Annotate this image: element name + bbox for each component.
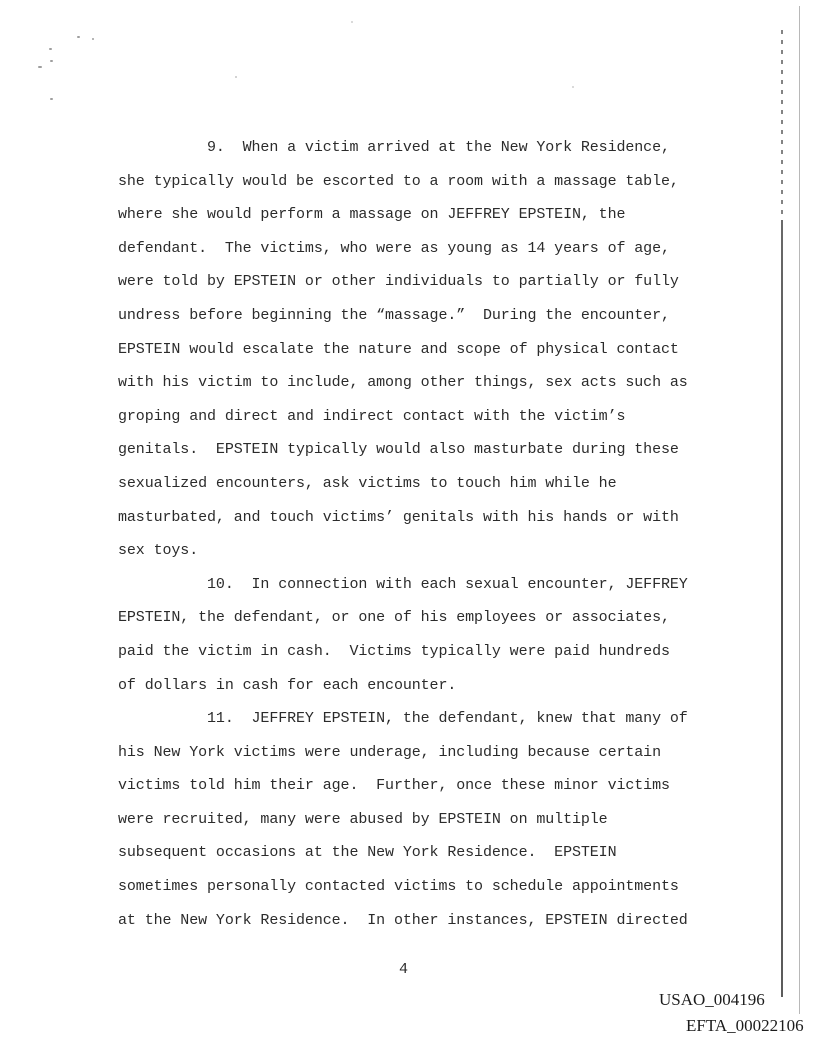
scan-edge-line-inner-dashed	[781, 30, 783, 220]
doc-line: were recruited, many were abused by EPST…	[118, 803, 718, 837]
scan-speck	[92, 38, 94, 40]
doc-line: EPSTEIN would escalate the nature and sc…	[118, 333, 718, 367]
scan-speck	[572, 86, 574, 88]
doc-line: genitals. EPSTEIN typically would also m…	[118, 433, 718, 467]
page-number: 4	[399, 961, 408, 978]
doc-line: his New York victims were underage, incl…	[118, 736, 718, 770]
doc-line: 11. JEFFREY EPSTEIN, the defendant, knew…	[118, 702, 718, 736]
doc-line: she typically would be escorted to a roo…	[118, 165, 718, 199]
scan-speck	[49, 48, 52, 50]
scan-speck	[50, 98, 53, 100]
bates-stamp-usao: USAO_004196	[659, 990, 765, 1010]
scan-speck	[351, 21, 353, 23]
document-body-text: 9. When a victim arrived at the New York…	[118, 131, 718, 937]
doc-line: subsequent occasions at the New York Res…	[118, 836, 718, 870]
scan-speck	[77, 36, 80, 38]
doc-line: of dollars in cash for each encounter.	[118, 669, 718, 703]
doc-line: at the New York Residence. In other inst…	[118, 904, 718, 938]
doc-line: where she would perform a massage on JEF…	[118, 198, 718, 232]
doc-line: groping and direct and indirect contact …	[118, 400, 718, 434]
doc-line: 9. When a victim arrived at the New York…	[118, 131, 718, 165]
bates-stamp-efta: EFTA_00022106	[686, 1016, 804, 1036]
doc-line: 10. In connection with each sexual encou…	[118, 568, 718, 602]
doc-line: EPSTEIN, the defendant, or one of his em…	[118, 601, 718, 635]
scan-speck	[38, 66, 42, 68]
doc-line: victims told him their age. Further, onc…	[118, 769, 718, 803]
scan-edge-line-outer	[799, 6, 800, 1014]
doc-line: sexualized encounters, ask victims to to…	[118, 467, 718, 501]
doc-line: sex toys.	[118, 534, 718, 568]
doc-line: defendant. The victims, who were as youn…	[118, 232, 718, 266]
doc-line: were told by EPSTEIN or other individual…	[118, 265, 718, 299]
doc-line: paid the victim in cash. Victims typical…	[118, 635, 718, 669]
scanned-document-page: 9. When a victim arrived at the New York…	[0, 0, 817, 1056]
doc-line: masturbated, and touch victims’ genitals…	[118, 501, 718, 535]
doc-line: with his victim to include, among other …	[118, 366, 718, 400]
doc-line: undress before beginning the “massage.” …	[118, 299, 718, 333]
scan-edge-line-inner	[781, 220, 783, 997]
scan-speck	[235, 76, 237, 78]
doc-line: sometimes personally contacted victims t…	[118, 870, 718, 904]
scan-speck	[50, 60, 53, 62]
